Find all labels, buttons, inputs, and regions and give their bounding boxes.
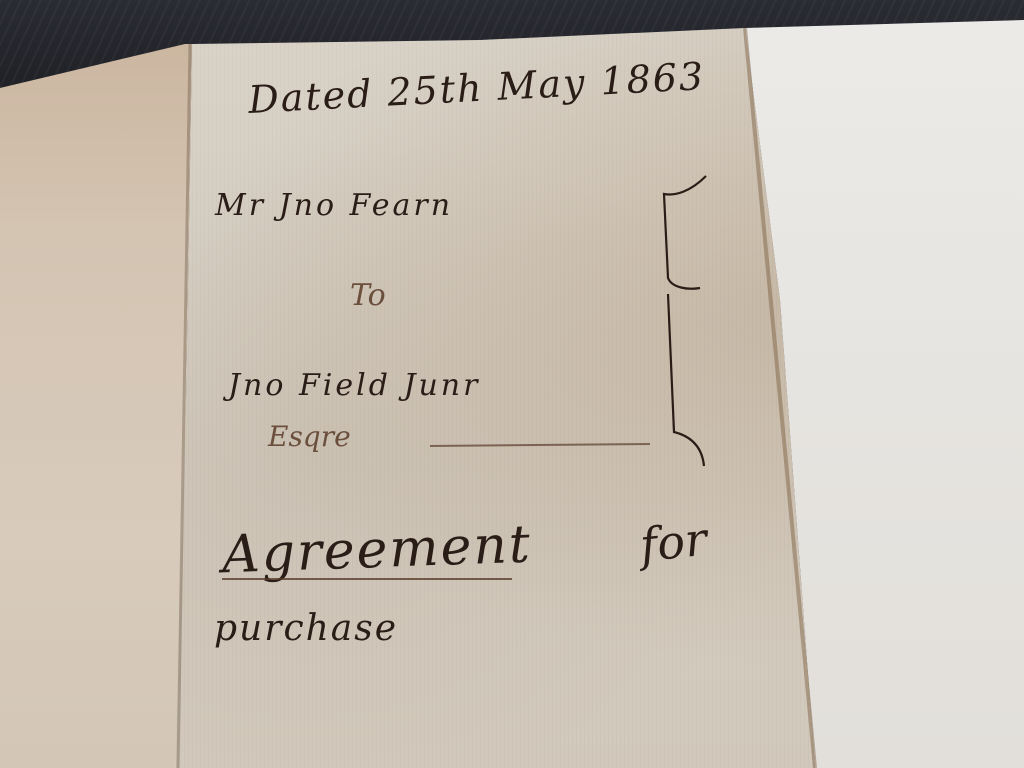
title-underline	[222, 578, 512, 580]
title-continuation: for	[637, 512, 709, 573]
party-two-name: Jno Field Junr	[228, 368, 480, 403]
party-two-title: Esqre	[268, 420, 351, 453]
document-title: Agreement	[221, 515, 533, 586]
brace-bracket-icon	[650, 170, 720, 470]
document-purpose: purchase	[214, 608, 398, 649]
party-one-name: Mr Jno Fearn	[215, 188, 453, 223]
paper-left-panel	[0, 0, 200, 768]
connector-to: To	[350, 278, 386, 313]
